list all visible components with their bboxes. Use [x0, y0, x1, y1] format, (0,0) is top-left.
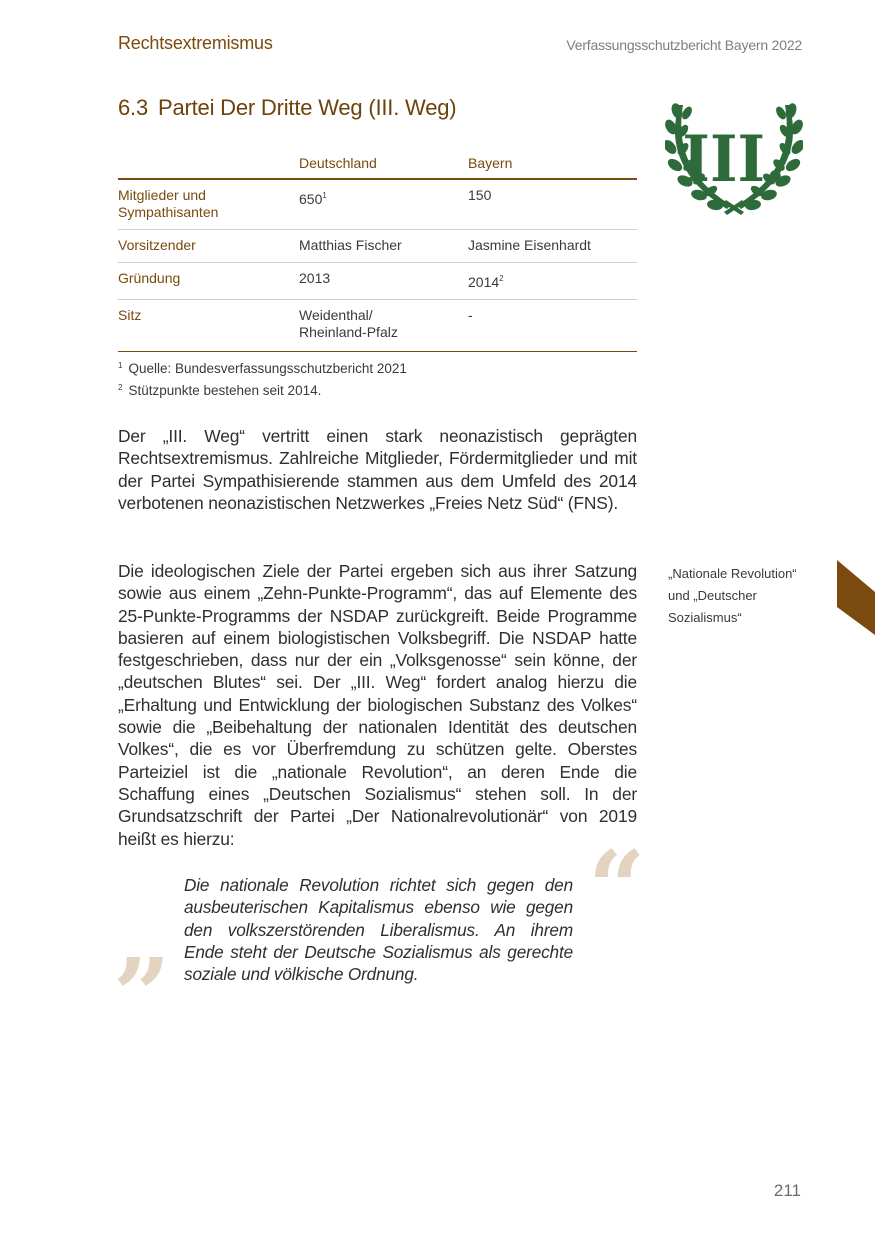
cell-germany: 2013 [299, 263, 468, 300]
open-quote-icon: “ [588, 838, 646, 938]
cell-value: Matthias Fischer [299, 237, 402, 253]
table-row: Mitglieder und Sympathisanten 6501 150 [118, 179, 637, 230]
running-head-publication: Verfassungsschutzbericht Bayern 2022 [566, 37, 802, 53]
cell-germany: Weidenthal/ Rheinland-Pfalz [299, 300, 468, 352]
footnote-text: Quelle: Bundesverfassungsschutzbericht 2… [128, 361, 406, 376]
table-row: Gründung 2013 20142 [118, 263, 637, 300]
footnote-ref: 2 [499, 274, 503, 283]
body-paragraph: Der „III. Weg“ vertritt einen stark neon… [118, 425, 637, 514]
cell-bavaria: - [468, 300, 637, 352]
cell-value: 2013 [299, 270, 330, 286]
section-number: 6.3 [118, 95, 148, 120]
cell-value: Weidenthal/ Rheinland-Pfalz [299, 307, 409, 341]
party-logo: III. [665, 97, 803, 215]
svg-text:III.: III. [682, 121, 785, 197]
table-header-row: Deutschland Bayern [118, 152, 637, 179]
body-paragraph: Die ideologischen Ziele der Partei ergeb… [118, 560, 637, 850]
row-label: Vorsitzender [118, 230, 299, 263]
running-head-chapter: Rechtsextremismus [118, 33, 273, 54]
cell-germany: Matthias Fischer [299, 230, 468, 263]
facts-table: Deutschland Bayern Mitglieder und Sympat… [118, 152, 637, 352]
row-label: Mitglieder und Sympathisanten [118, 179, 299, 230]
cell-value: - [468, 307, 473, 323]
footnote-text: Stützpunkte bestehen seit 2014. [128, 383, 321, 398]
cell-value: 2014 [468, 274, 499, 290]
chapter-tab-marker [837, 560, 875, 635]
cell-value: 650 [299, 191, 322, 207]
footnote: 2Stützpunkte bestehen seit 2014. [118, 383, 407, 405]
cell-germany: 6501 [299, 179, 468, 230]
footnote-mark: 1 [118, 361, 122, 370]
laurel-wreath-icon: III. [665, 97, 803, 215]
table-row: Vorsitzender Matthias Fischer Jasmine Ei… [118, 230, 637, 263]
section-title: 6.3Partei Der Dritte Weg (III. Weg) [118, 95, 456, 121]
footnote: 1Quelle: Bundesverfassungsschutzbericht … [118, 361, 407, 383]
table-row: Sitz Weidenthal/ Rheinland-Pfalz - [118, 300, 637, 352]
row-label: Gründung [118, 263, 299, 300]
table-header-bavaria: Bayern [468, 152, 637, 179]
footnotes: 1Quelle: Bundesverfassungsschutzbericht … [118, 361, 407, 405]
cell-value: Jasmine Eisenhardt [468, 237, 591, 253]
margin-note: „Nationale Revolu­tion“ und „Deut­scher … [668, 563, 798, 629]
page-number: 211 [774, 1181, 801, 1201]
cell-bavaria: Jasmine Eisenhardt [468, 230, 637, 263]
footnote-ref: 1 [322, 191, 326, 200]
table-header-germany: Deutschland [299, 152, 468, 179]
table-header-empty [118, 152, 299, 179]
section-title-text: Partei Der Dritte Weg (III. Weg) [158, 95, 456, 120]
close-quote-icon: ” [113, 945, 171, 1045]
cell-value: 150 [468, 187, 491, 203]
row-label: Sitz [118, 300, 299, 352]
cell-bavaria: 20142 [468, 263, 637, 300]
block-quote: Die nationale Revolution richtet sich ge… [184, 874, 573, 985]
cell-bavaria: 150 [468, 179, 637, 230]
footnote-mark: 2 [118, 383, 122, 392]
